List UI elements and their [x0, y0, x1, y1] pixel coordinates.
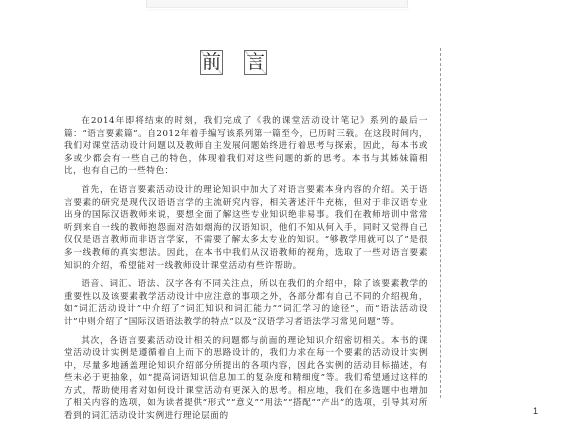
title-char-1: 前 — [200, 50, 223, 75]
page-title: 前 言 — [200, 50, 267, 75]
paragraph-3: 语音、词汇、语法、汉字各有不同关注点，所以在我们的介绍中，除了该要素教学的重要性… — [64, 278, 428, 328]
paragraph-2: 首先，在语言要素活动设计的理论知识中加大了对语言要素本身内容的介绍。关于语言要素… — [64, 184, 428, 272]
title-char-2: 言 — [244, 50, 267, 75]
page-number: 1 — [533, 406, 538, 416]
paragraph-1: 在2014年即将结束的时刻，我们完成了《我的课堂活动设计笔记》系列的最后一篇：“… — [64, 115, 428, 178]
top-page-edge — [146, 0, 408, 8]
top-page-shadow — [146, 9, 410, 11]
body-text: 在2014年即将结束的时刻，我们完成了《我的课堂活动设计笔记》系列的最后一篇：“… — [64, 115, 428, 429]
margin-dashed-line — [440, 48, 441, 398]
paragraph-4: 其次，各语言要素活动设计相关的问题都与前面的理论知识介绍密切相关。本书的课堂活动… — [64, 335, 428, 423]
